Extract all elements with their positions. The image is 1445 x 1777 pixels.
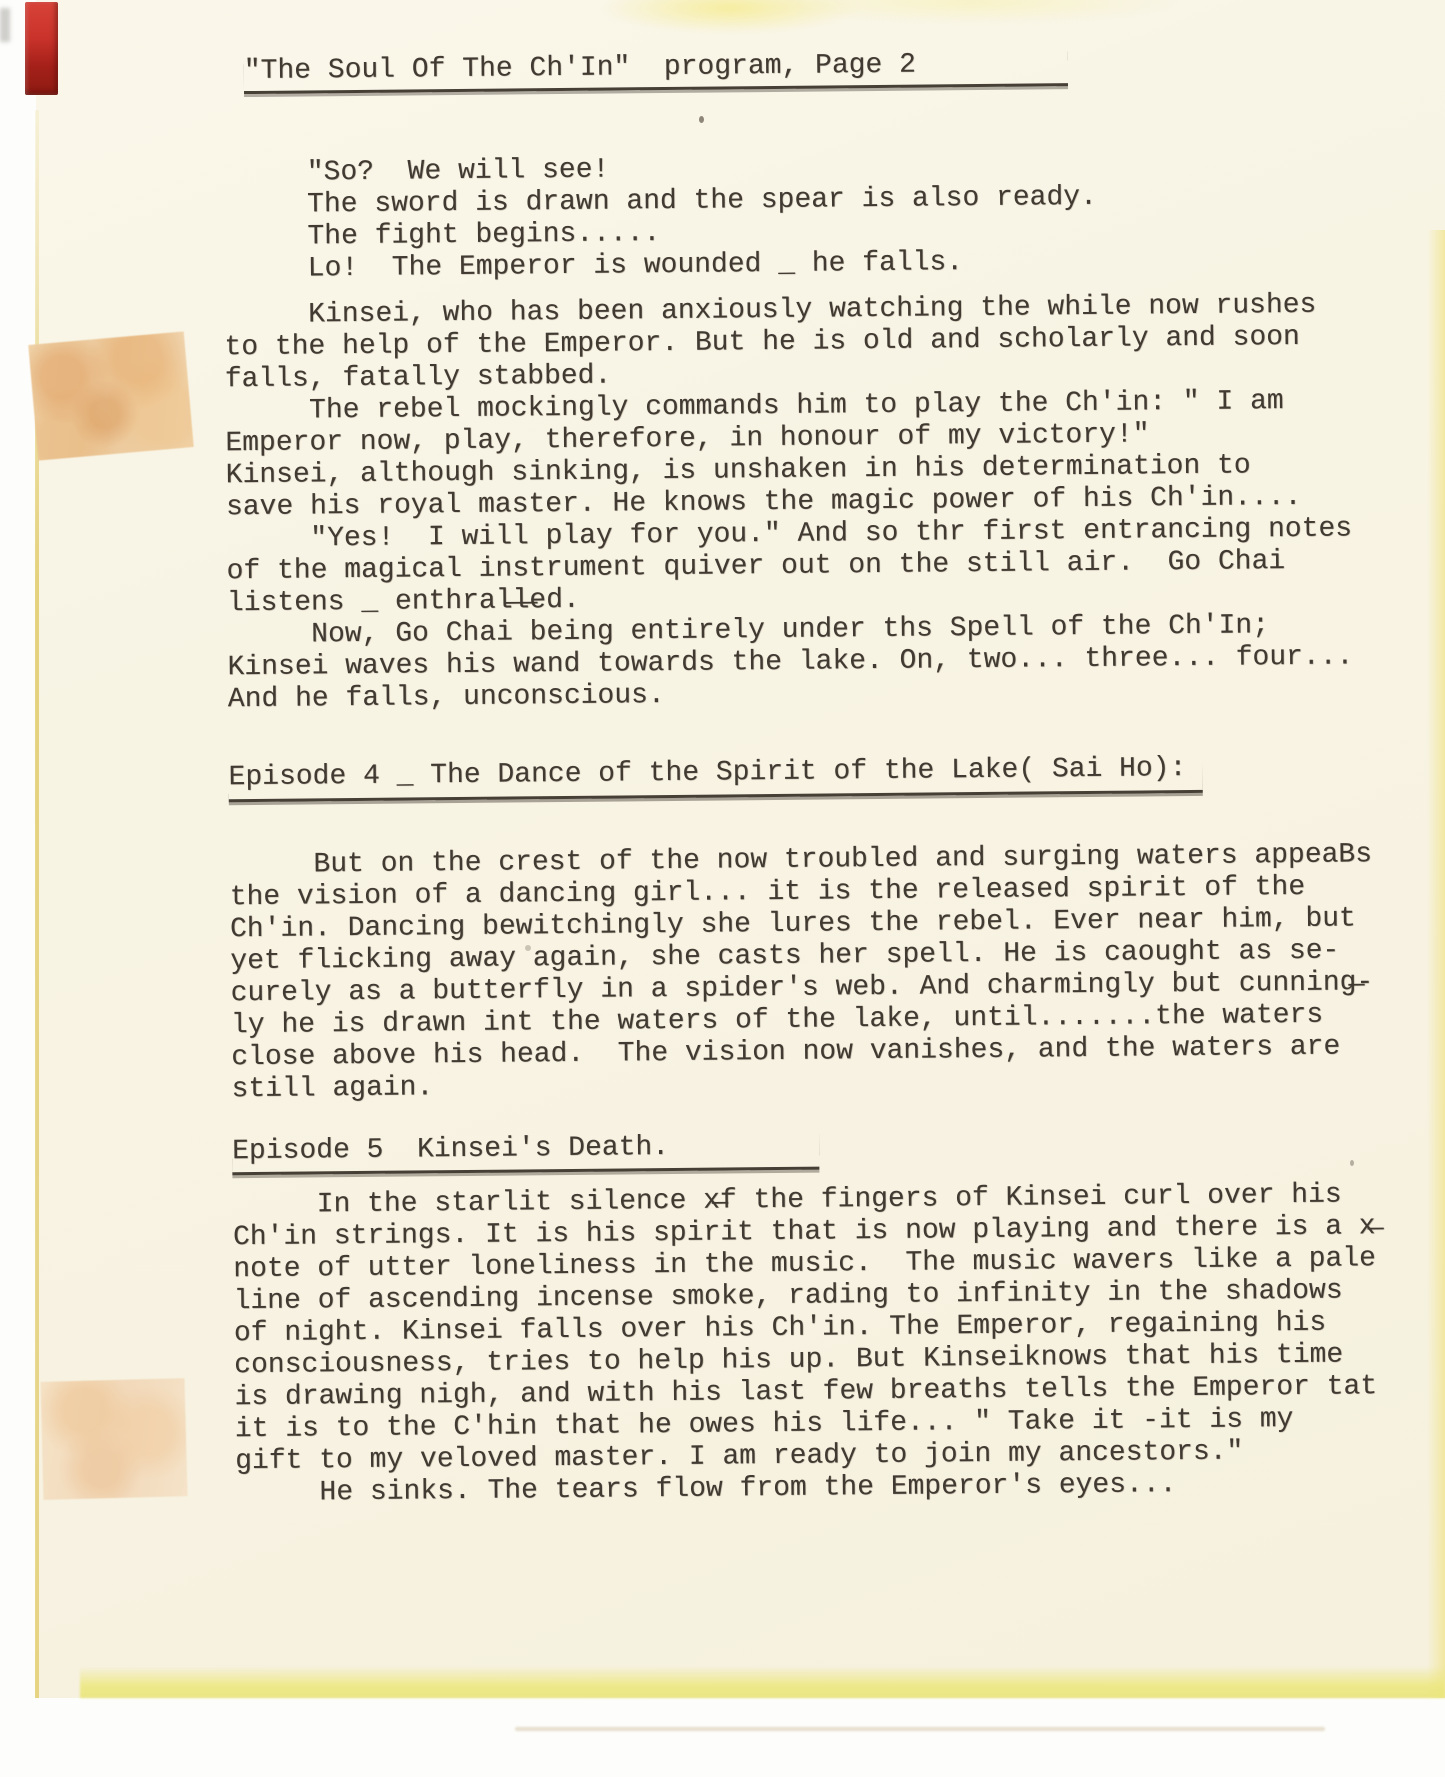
scene3: Kinsei, who has been anxiously watching … — [224, 289, 1354, 716]
scanned-page: { "document": { "header": { "text": "\"T… — [0, 0, 1445, 1777]
ep5-heading: Episode 5 Kinsei's Death. — [232, 1131, 819, 1176]
ep4-body: But on the crest of the now troubled and… — [229, 839, 1374, 1106]
page-header: "The Soul Of The Ch'In" program, Page 2 — [244, 48, 1068, 94]
typed-content: "The Soul Of The Ch'In" program, Page 2 … — [0, 0, 1445, 1777]
ep4-heading: Episode 4 _ The Dance of the Spirit of t… — [228, 753, 1202, 802]
ep5-body: In the starlit silence x̶f the fingers o… — [233, 1179, 1379, 1510]
verse: "So? We will see! The sword is drawn and… — [223, 150, 1098, 286]
